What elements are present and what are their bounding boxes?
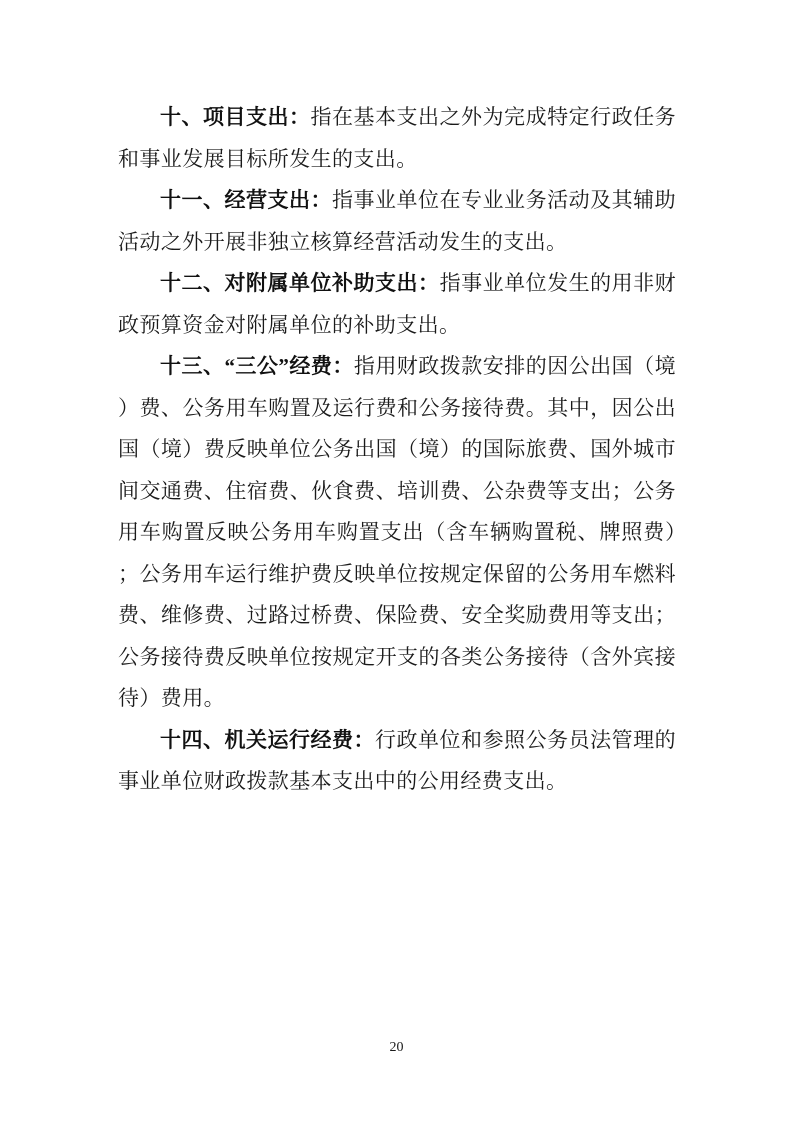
paragraph-body: 指用财政拨款安排的因公出国（境）费、公务用车购置及运行费和公务接待费。其中，因公…	[118, 354, 676, 710]
page-number: 20	[390, 1040, 404, 1055]
paragraph-heading: 十、项目支出：	[160, 105, 311, 129]
document-body: 十、项目支出：指在基本支出之外为完成特定行政任务和事业发展目标所发生的支出。 十…	[118, 97, 676, 803]
paragraph-heading: 十四、机关运行经费：	[160, 728, 375, 752]
paragraph-item-14-agency-operating-funds: 十四、机关运行经费：行政单位和参照公务员法管理的事业单位财政拨款基本支出中的公用…	[118, 720, 676, 803]
paragraph-item-13-three-public-funds: 十三、“三公”经费：指用财政拨款安排的因公出国（境）费、公务用车购置及运行费和公…	[118, 346, 676, 720]
paragraph-item-11-operating-expenditure: 十一、经营支出：指事业单位在专业业务活动及其辅助活动之外开展非独立核算经营活动发…	[118, 180, 676, 263]
paragraph-heading: 十三、“三公”经费：	[160, 354, 354, 378]
page-footer: 20	[0, 1038, 793, 1056]
paragraph-heading: 十一、经营支出：	[160, 188, 332, 212]
paragraph-item-12-subsidy-to-affiliates: 十二、对附属单位补助支出：指事业单位发生的用非财政预算资金对附属单位的补助支出。	[118, 263, 676, 346]
paragraph-item-10-project-expenditure: 十、项目支出：指在基本支出之外为完成特定行政任务和事业发展目标所发生的支出。	[118, 97, 676, 180]
document-page: 十、项目支出：指在基本支出之外为完成特定行政任务和事业发展目标所发生的支出。 十…	[0, 0, 793, 1122]
paragraph-heading: 十二、对附属单位补助支出：	[160, 271, 440, 295]
